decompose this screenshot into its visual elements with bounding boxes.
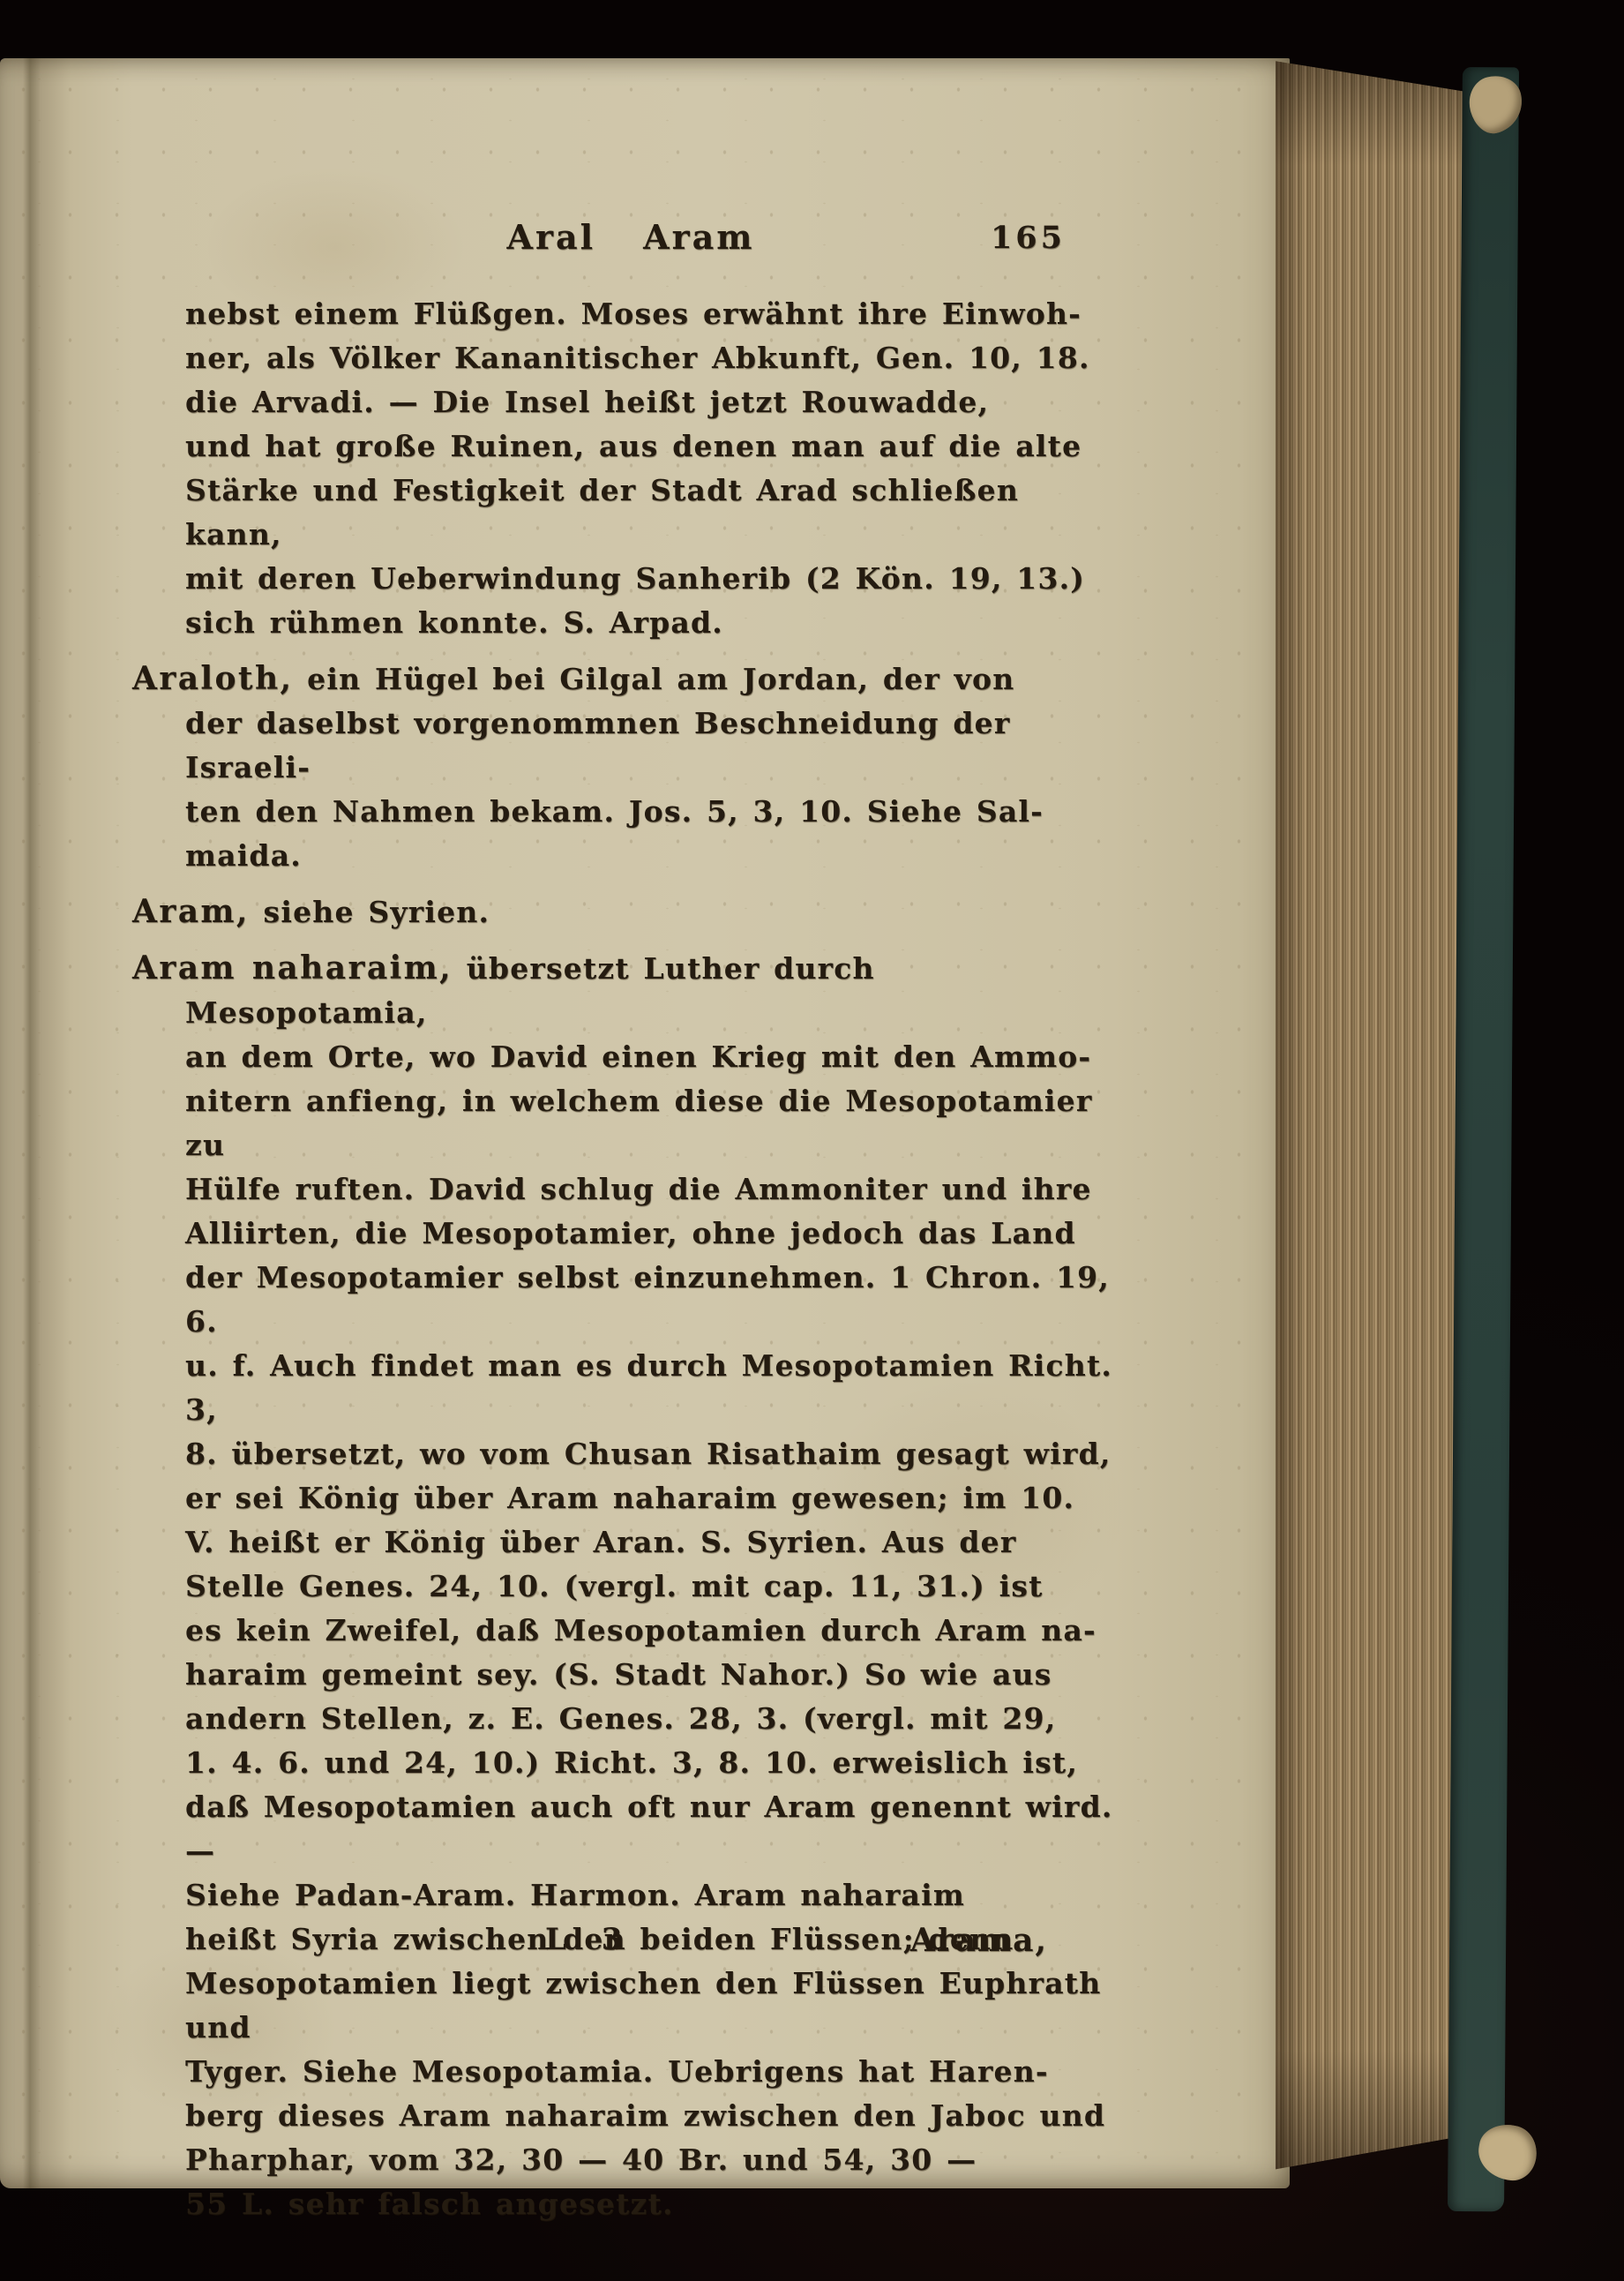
- continuation-paragraph: nebst einem Flüßgen. Moses erwähnt ihre …: [132, 291, 1129, 645]
- header-title: Aral Aram: [507, 217, 755, 257]
- header-word-left: Aral: [507, 217, 596, 257]
- entry-word: Aram,: [132, 893, 250, 930]
- running-header: Aral Aram 165: [132, 217, 1129, 263]
- catchword: Arama,: [910, 1922, 1048, 1959]
- page-text-layer: Aral Aram 165 nebst einem Flüßgen. Moses…: [132, 0, 1129, 2281]
- page-number: 165: [991, 220, 1066, 256]
- fore-edge-page-stack: [1276, 60, 1466, 2178]
- entry-word: Aram naharaim,: [132, 949, 453, 987]
- entry-word: Araloth,: [132, 660, 293, 697]
- paragraph-lines: übersetzt Luther durch Mesopotamia, an d…: [185, 951, 1113, 2221]
- book-scan: { "doc": { "header": { "title_words": ["…: [0, 0, 1624, 2281]
- entry-paragraph-aram: Aram, siehe Syrien.: [132, 889, 1129, 934]
- entry-paragraph-araloth: Araloth, ein Hügel bei Gilgal am Jordan,…: [132, 657, 1129, 878]
- paragraph-lines: ein Hügel bei Gilgal am Jordan, der von …: [185, 662, 1044, 873]
- paragraph-lines: siehe Syrien.: [250, 895, 490, 929]
- header-word-right: Aram: [643, 217, 754, 257]
- entry-paragraph-aram-naharaim: Aram naharaim, übersetzt Luther durch Me…: [132, 946, 1129, 2226]
- gathering-signature: L 3: [545, 1922, 634, 1957]
- paragraph-lines: nebst einem Flüßgen. Moses erwähnt ihre …: [185, 296, 1090, 640]
- page-footer: L 3 Arama,: [132, 1922, 1129, 1975]
